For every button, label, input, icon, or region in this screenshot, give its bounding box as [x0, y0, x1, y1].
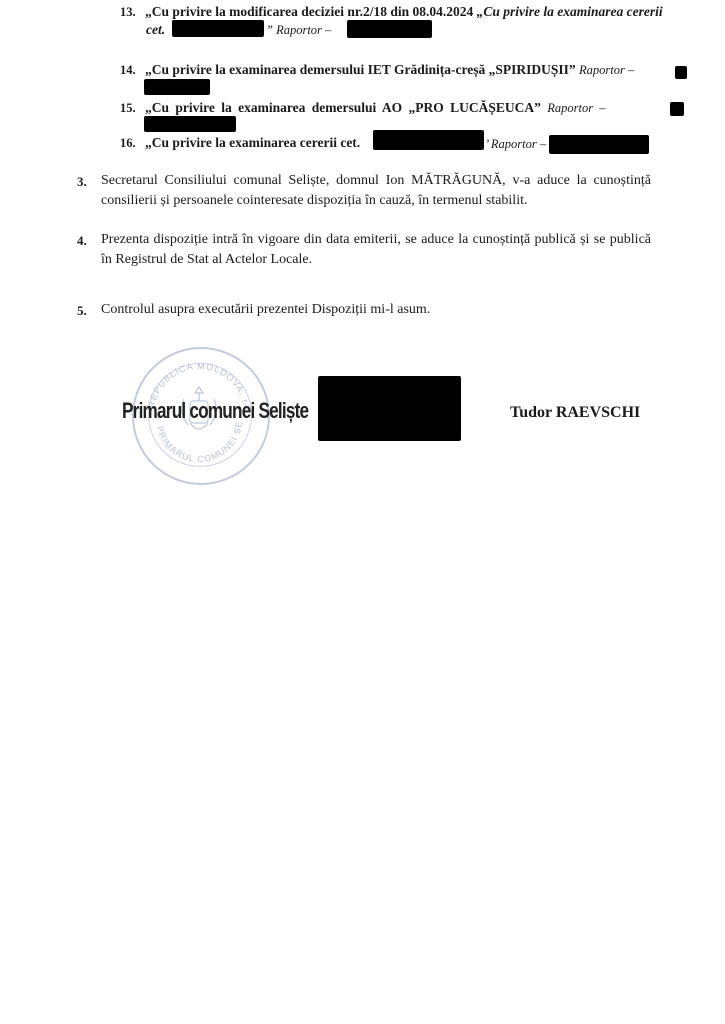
item-14-number: 14. [120, 63, 136, 78]
raportor-label: Raportor – [579, 63, 634, 77]
item-15-text: „Cu privire la examinarea demersului AO … [145, 100, 605, 116]
redacted-raportor [144, 116, 236, 132]
point-4-number: 4. [77, 233, 87, 249]
point-3-number: 3. [77, 174, 87, 190]
raportor-label: Raportor – [547, 101, 605, 115]
redacted-signature [318, 376, 461, 441]
redacted-raportor [675, 66, 687, 79]
item-16-text: „Cu privire la examinarea cererii cet. [145, 135, 360, 151]
redacted-name [373, 130, 484, 150]
raportor-label: Raportor – [276, 23, 331, 37]
item-14-text: „Cu privire la examinarea demersului IET… [145, 62, 634, 78]
point-4-text: Prezenta dispoziție intră în vigoare din… [101, 230, 651, 270]
redacted-raportor [670, 102, 684, 116]
redacted-raportor [347, 20, 432, 38]
item-13-raportor: ” Raportor – [266, 22, 331, 38]
signatory-title: Primarul comunei Seliște [122, 398, 308, 424]
redacted-raportor [549, 135, 649, 154]
redacted-name [172, 20, 264, 37]
item-13-quote: „Cu privire la examinarea cererii [477, 4, 663, 19]
item-15-number: 15. [120, 101, 136, 116]
item-16-number: 16. [120, 136, 136, 151]
item-13-number: 13. [120, 5, 136, 20]
signatory-name: Tudor RAEVSCHI [510, 404, 640, 422]
point-5-number: 5. [77, 303, 87, 319]
redacted-raportor [144, 79, 210, 95]
item-13-line1: „Cu privire la modificarea deciziei nr.2… [145, 4, 663, 20]
point-5-text: Controlul asupra executării prezentei Di… [101, 300, 651, 320]
raportor-label: Raportor – [491, 137, 546, 151]
item-13-cet: cet. [146, 22, 165, 38]
point-3-text: Secretarul Consiliului comunal Seliște, … [101, 171, 651, 211]
item-16-raportor: ’ Raportor – [485, 136, 546, 152]
item-13-title: „Cu privire la modificarea deciziei nr.2… [145, 4, 477, 19]
